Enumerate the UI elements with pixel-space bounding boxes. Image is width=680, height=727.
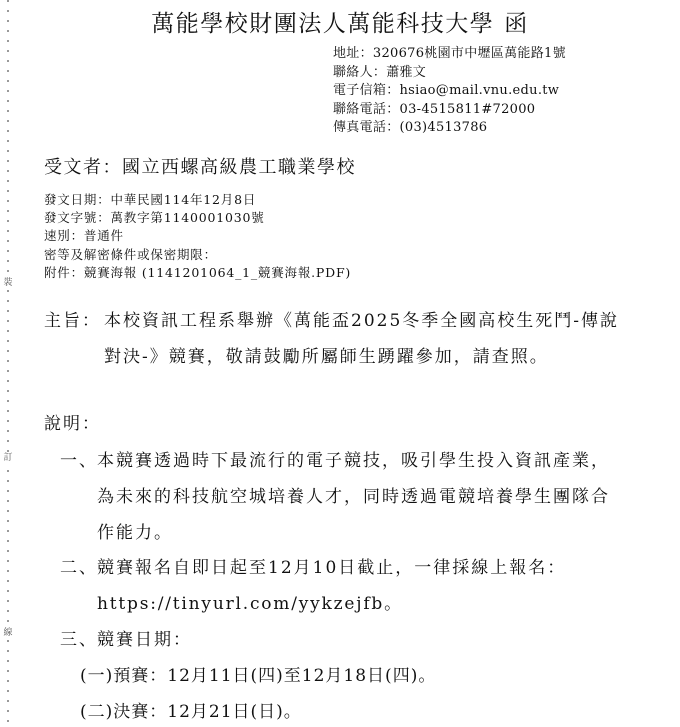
attachment-link[interactable]: 附件：競賽海報 (1141201064_1_競賽海報.PDF) xyxy=(44,264,351,282)
contact-address: 地址：320676桃園市中壢區萬能路1號 xyxy=(333,45,566,64)
organization-name: 萬能學校財團法人萬能科技大學 xyxy=(151,11,494,37)
contact-phone: 聯絡電話：03-4515811#72000 xyxy=(333,101,566,120)
document-type: 函 xyxy=(504,11,529,37)
schedule-preliminary: (一)預賽：12月11日(四)至12月18日(四)。 xyxy=(80,658,436,694)
item-text: 競賽報名自即日起至12月10日截止，一律採線上報名： xyxy=(97,550,627,586)
contact-person: 聯絡人：蕭雅文 xyxy=(333,64,566,83)
explanation-item-3: 三、 競賽日期： xyxy=(60,622,620,658)
item-text: 競賽日期： xyxy=(97,622,620,658)
item-number: 三、 xyxy=(60,622,98,658)
subject-text: 本校資訊工程系舉辦《萬能盃2025冬季全國高校生死鬥-傳說對決-》競賽，敬請鼓勵… xyxy=(104,303,624,375)
contact-block: 地址：320676桃園市中壢區萬能路1號 聯絡人：蕭雅文 電子信箱：hsiao@… xyxy=(333,45,566,138)
contact-email: 電子信箱：hsiao@mail.vnu.edu.tw xyxy=(333,82,566,101)
subject-section: 主旨： 本校資訊工程系舉辦《萬能盃2025冬季全國高校生死鬥-傳說對決-》競賽，… xyxy=(44,303,644,375)
explanation-label: 說明： xyxy=(44,409,101,439)
binding-dotted-line xyxy=(7,0,9,727)
explanation-item-1: 一、 本競賽透過時下最流行的電子競技，吸引學生投入資訊產業，為未來的科技航空城培… xyxy=(60,443,620,551)
item-number: 二、 xyxy=(60,550,98,586)
contact-fax: 傳真電話：(03)4513786 xyxy=(333,119,566,138)
confidentiality: 密等及解密條件或保密期限： xyxy=(44,246,351,264)
issue-number: 發文字號：萬教字第1140001030號 xyxy=(44,209,351,227)
subject-label: 主旨： xyxy=(44,303,101,339)
binding-mark-zhuang: 裝 xyxy=(2,277,14,289)
binding-mark-ding: 訂 xyxy=(2,452,14,464)
item-number: 一、 xyxy=(60,443,98,479)
document-title: 萬能學校財團法人萬能科技大學函 xyxy=(0,9,680,39)
document-meta: 發文日期：中華民國114年12月8日 發文字號：萬教字第1140001030號 … xyxy=(44,191,351,282)
schedule-final: (二)決賽：12月21日(日)。 xyxy=(80,694,302,727)
recipient-line: 受文者：國立西螺高級農工職業學校 xyxy=(44,155,356,181)
item-text: 本競賽透過時下最流行的電子競技，吸引學生投入資訊產業，為未來的科技航空城培養人才… xyxy=(97,443,617,551)
speed-class: 速別：普通件 xyxy=(44,227,351,245)
issue-date: 發文日期：中華民國114年12月8日 xyxy=(44,191,351,209)
registration-url-link[interactable]: https://tinyurl.com/yykzejfb xyxy=(97,594,384,614)
binding-mark-xian: 線 xyxy=(2,627,14,639)
explanation-item-2: 二、 競賽報名自即日起至12月10日截止，一律採線上報名： https://ti… xyxy=(60,550,620,622)
url-period: 。 xyxy=(384,594,403,614)
